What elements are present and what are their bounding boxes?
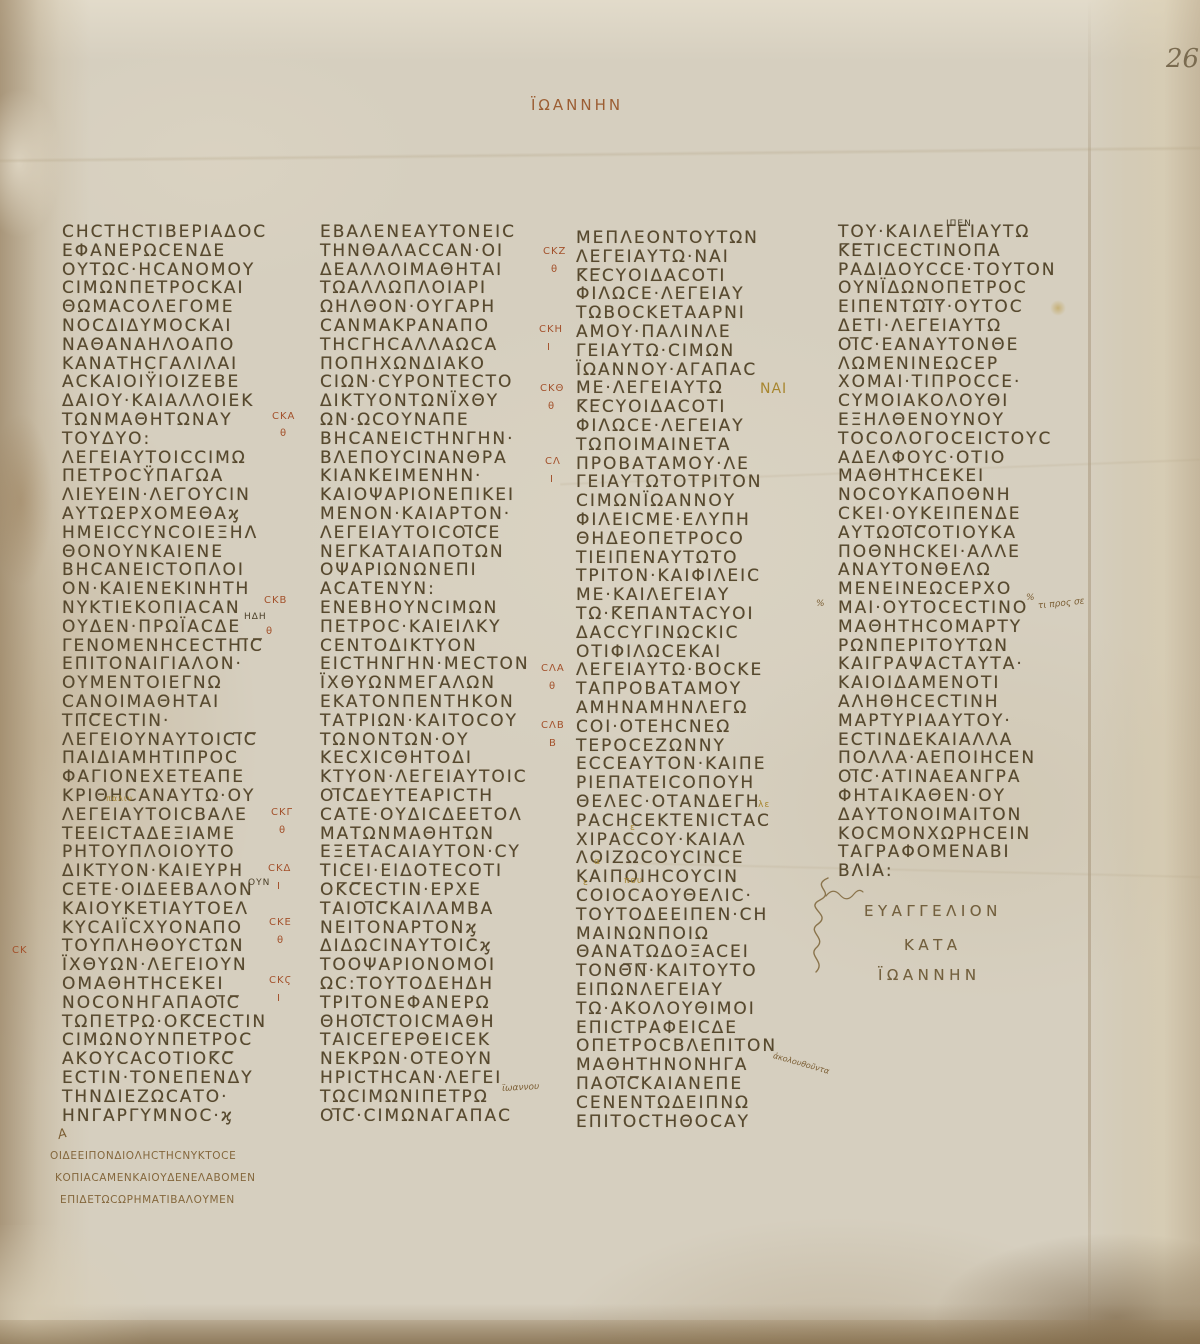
corrector-gloss: ΟΥΝ [248,879,270,888]
text-line: ΤΩΝΜΑΘΗΤΩΝΑΥ [62,411,233,430]
text-line: ΔΕΑΛΛΟΙΜΑΘΗΤΑΙ [320,261,503,280]
text-line: ΩΝ·ΩϹΟΥΝΑΠΕ [320,411,470,430]
manuscript-page: ΪΩΑΝΝΗΝ 26 ϹΗϹΤΗϹΤΙΒΕΡΙΑΔΟϹΕΦΑΝΕΡΩϹΕΝΔΕΟ… [0,0,1200,1344]
text-line: ϹΟΙ·ΟΤΕΗϹΝΕΩ [576,718,731,737]
text-line: ΜΑΤΩΝΜΑΘΗΤΩΝ [320,825,495,844]
text-line: ΔΕΤΙ·ΛΕΓΕΙΑΥΤΩ [838,317,1002,336]
page-edge-line [1088,0,1091,1344]
text-line: ΡΑϹΗϹΕΚΤΕΝΙϹΤΑϹ [576,812,771,831]
text-line: ΘΑΝΑΤΩΔΟΞΑϹΕΙ [576,943,750,962]
insertion-siglum: % [1026,594,1035,603]
text-line: ΤΑΠΡΟΒΑΤΑΜΟΥ [576,680,742,699]
text-line: ΝΟϹΔΙΔΥΜΟϹΚΑΙ [62,317,232,336]
eusebian-section-number: ϹΛ [545,457,561,467]
corrector-gloss: λε [758,801,770,810]
text-line: ΠΑΙΔΙΑΜΗΤΙΠΡΟϹ [62,749,239,768]
text-line: ΜΑΘΗΤΗΝΟΝΗΓΑ [576,1056,748,1075]
text-line: ΕΞΗΛΘΕΝΟΥΝΟΥ [838,411,1005,430]
text-line: ΗΡΙϹΤΗϹΑΝ·ΛΕΓΕΙ [320,1069,502,1088]
text-line: ΦΙΛΕΙϹΜΕ·ΕΛΥΠΗ [576,511,751,530]
text-line: ΤΩ·ΑΚΟΛΟΥΘΙΜΟΙ [576,1000,756,1019]
text-line: ΤΕΕΙϹΤΑΔΕΞΙΑΜΕ [62,825,236,844]
text-line: ΝΑΘΑΝΑΗΛΟΑΠΟ [62,336,235,355]
text-line: ϹΗϹΤΗϹΤΙΒΕΡΙΑΔΟϹ [62,223,267,242]
text-line: ϹΕΝΤΟΔΙΚΤΥΟΝ [320,637,478,656]
text-line: ΟΙ̅Ϲ̅·ϹΙΜΩΝΑΓΑΠΑϹ [320,1107,512,1126]
text-line: ΔΙΚΤΥΟΝ·ΚΑΙΕΥΡΗ [62,862,244,881]
text-line: ΤΟϹΟΛΟΓΟϹΕΙϹΤΟΥϹ [838,430,1052,449]
text-line: ΕϹΤΙΝΔΕΚΑΙΑΛΛΑ [838,731,1013,750]
text-line: ΘΟΝΟΥΝΚΑΙΕΝΕ [62,543,224,562]
text-line: ΔΑΙΟΥ·ΚΑΙΑΛΛΟΙΕΚ [62,392,254,411]
parchment-crease [0,146,1200,164]
text-line: ΩϹ:ΤΟΥΤΟΔΕΗΔΗ [320,975,494,994]
eusebian-section-number: ϹΛΒ [541,721,565,731]
text-line: ΕΚΑΤΟΝΠΕΝΤΗΚΟΝ [320,693,515,712]
text-line: ΘΕΛΕϹ·ΟΤΑΝΔΕΓΗ [576,793,761,812]
text-line: ΧΟΜΑΙ·ΤΙΠΡΟϹϹΕ· [838,373,1021,392]
cursive-footnote-line: ΕΠΙΔΕΤΩϹΩΡΗΜΑΤΙΒΑΛΟΥΜΕΝ [60,1194,235,1206]
text-line: ΚΤΥΟΝ·ΛΕΓΕΙΑΥΤΟΙϹ [320,768,528,787]
text-line: ΜΕΝΟΝ·ΚΑΙΑΡΤΟΝ· [320,505,511,524]
cursive-marginal-note: ϊωαννου [502,1083,540,1094]
text-line: ΚΡΙΘΗϹΑΝΑΥΤΩ·ΟΥ [62,787,255,806]
corrector-gloss: α [594,858,601,867]
text-line: ΗΜΕΙϹϹΥΝϹΟΙΕΞΗΛ [62,524,258,543]
text-line: ΤΗΝΘΑΛΑϹϹΑΝ·ΟΙ [320,242,504,261]
text-line: ΕΙϹΤΗΝΓΗΝ·ΜΕϹΤΟΝ [320,655,530,674]
text-line: ΤΩΠΕΤΡΩ·ΟΚ̅Ϲ̅ΕϹΤΙΝ [62,1013,267,1032]
text-line: ΚΑΙΟΨΑΡΙΟΝΕΠΙΚΕΙ [320,486,515,505]
text-line: ΒΛΙΑ: [838,862,894,881]
parchment-stain [1050,300,1066,316]
text-line: ϹΕΝΕΝΤΩΔΕΙΠΝΩ [576,1094,750,1113]
text-line: ΑΛΗΘΗϹΕϹΤΙΝΗ [838,693,1000,712]
text-line: ΑΜΟΥ·ΠΑΛΙΝΛΕ [576,323,732,342]
text-line: ΡΑΔΙΔΟΥϹϹΕ·ΤΟΥΤΟΝ [838,261,1056,280]
eusebian-section-number: ϹΚΔ [268,864,291,874]
text-line: ΪΧΘΥΩΝΜΕΓΑΛΩΝ [320,674,496,693]
eusebian-section-number: ϹΚΑ [272,412,295,422]
text-line: ΟΨΑΡΙΩΝΩΝΕΠΙ [320,561,478,580]
text-line: ΛΙΕΥΕΙΝ·ΛΕΓΟΥϹΙΝ [62,486,251,505]
text-line: ΟΥΔΕΝ·ΠΡΩΪΑϹΔΕ [62,618,241,637]
text-line: ΟΥΤΩϹ·ΗϹΑΝΟΜΟΥ [62,261,255,280]
cursive-footnote-line: ΟΙΔΕΕΙΠΟΝΔΙΟΛΗϹΤΗϹΝΥΚΤΟϹΕ [50,1150,236,1162]
text-line: ΒΗϹΑΝΕΙϹΤΗΝΓΗΝ· [320,430,515,449]
eusebian-section-number: ϹΛΑ [541,664,565,674]
colophon-line: ΕΥΑΓΓΕΛΙΟΝ [864,902,1002,920]
text-line: ΦΗΤΑΙΚΑΘΕΝ·ΟΥ [838,787,1006,806]
text-line: ΦΙΛΩϹΕ·ΛΕΓΕΙΑΥ [576,285,745,304]
corrector-gloss: ΙΠΕΝ [946,220,972,229]
text-line: ΚΑΙΠΟΙΗϹΟΥϹΙΝ [576,868,739,887]
text-line: ΤΩϹΙΜΩΝΙΠΕΤΡΩ [320,1088,489,1107]
eusebian-canon-number: θ [548,402,555,412]
text-line: ΜΑΘΗΤΗϹΕΚΕΙ [838,467,985,486]
text-line: ΟΥΜΕΝΤΟΙΕΓΝΩ [62,674,223,693]
text-line: ΕΝΕΒΗΟΥΝϹΙΜΩΝ [320,599,498,618]
text-line: ΟΥΝΪΔΩΝΟΠΕΤΡΟϹ [838,279,1028,298]
text-line: ΘΗΔΕΟΠΕΤΡΟϹΟ [576,530,745,549]
text-line: ΤΙΙ̅Ϲ̅ΕϹΤΙΝ· [62,712,170,731]
text-line: ΤΟΟΨΑΡΙΟΝΟΜΟΙ [320,956,496,975]
eusebian-canon-number: θ [280,429,287,439]
text-line: ΛΟΙΖΩϹΟΥϹΙΝϹΕ [576,849,745,868]
text-line: ΑϹΑΤΕΝΥΝ: [320,580,436,599]
text-line: ΑΥΤΩΟΙ̅Ϲ̅ΟΤΙΟΥΚΑ [838,524,1017,543]
text-line: ΜΕ·ΚΑΙΛΕΓΕΙΑΥ [576,586,730,605]
text-line: ΧΙΡΑϹϹΟΥ·ΚΑΙΑΛ [576,831,747,850]
text-line: ΟΠΕΤΡΟϹΒΛΕΠΙΤΟΝ [576,1037,777,1056]
text-line: ΕΙΠΕΝΤΩΙ̅Υ̅·ΟΥΤΟϹ [838,298,1024,317]
text-line: ΛΕΓΕΙΑΥΤΟΙϹΒΑΛΕ [62,806,248,825]
text-line: ΤΕΡΟϹΕΖΩΝΝΥ [576,737,726,756]
text-line: ΚΙΑΝΚΕΙΜΕΝΗΝ· [320,467,482,486]
colophon-line: ΪΩΑΝΝΗΝ [878,966,981,984]
text-line: Κ̅Ε̅ΤΙϹΕϹΤΙΝΟΠΑ [838,242,1002,261]
text-line: ΤΩ·Κ̅Ε̅ΠΑΝΤΑϹΥΟΙ [576,605,754,624]
text-line: ϹΑΤΕ·ΟΥΔΙϹΔΕΕΤΟΛ [320,806,523,825]
text-line: ΟΙ̅Ϲ̅ΔΕΥΤΕΑΡΙϹΤΗ [320,787,494,806]
eusebian-canon-number: θ [551,265,558,275]
text-line: ϹΟΙΟϹΑΟΥΘΕΛΙϹ· [576,887,753,906]
eusebian-section-number: ϹΚϚ [269,976,292,986]
parchment-stain [0,415,52,585]
eusebian-canon-number: Ι [277,994,281,1004]
text-line: ΤΡΙΤΟΝΕΦΑΝΕΡΩ [320,994,491,1013]
text-line: ϹΙΜΩΝΟΥΝΠΕΤΡΟϹ [62,1031,253,1050]
text-line: ΤΩΠΟΙΜΑΙΝΕΤΑ [576,436,731,455]
text-line: ϹΥΜΟΙΑΚΟΛΟΥΘΙ [838,392,1009,411]
text-line: ΤΗϹΓΗϹΑΛΛΑΩϹΑ [320,336,498,355]
insertion-siglum: % [816,600,825,609]
corrector-addition: ΝΑΙ [760,382,787,396]
text-line: ΑΝΑΥΤΟΝΘΕΛΩ [838,561,992,580]
text-line: ΓΕΙΑΥΤΩΤΟΤΡΙΤΟΝ [576,473,763,492]
text-line: ΚΥϹΑΙΪϹΧΥΟΝΑΠΟ [62,919,243,938]
text-line: ϹΑΝΜΑΚΡΑΝΑΠΟ [320,317,490,336]
text-line: ΩΗΛΘΟΝ·ΟΥΓΑΡΗ [320,298,496,317]
text-line: ϹΙΩΝ·ϹΥΡΟΝΤΕϹΤΟ [320,373,513,392]
text-line: ϹΙΜΩΝΠΕΤΡΟϹΚΑΙ [62,279,244,298]
text-line: ΤΙϹΕΙ·ΕΙΔΟΤΕϹΟΤΙ [320,862,503,881]
text-line: ΟΚ̅Ϲ̅ΕϹΤΙΝ·ΕΡΧΕ [320,881,482,900]
text-line: ΤΟΥΠΛΗΘΟΥϹΤΩΝ [62,937,244,956]
text-line: ΜΕΝΕΙΝΕΩϹΕΡΧΟ [838,580,1012,599]
text-line: ΑΜΗΝΑΜΗΝΛΕΓΩ [576,699,748,718]
text-line: ΤΑΤΡΙΩΝ·ΚΑΙΤΟϹΟΥ [320,712,518,731]
eusebian-section-number: ϹΚΓ [271,808,293,818]
corrector-gloss: ΗΔΗ [244,613,267,622]
text-line: ΔΙΔΩϹΙΝΑΥΤΟΙϹϗ [320,937,493,956]
parchment-stain [0,1225,150,1344]
text-line: ΘΗΟΙ̅Ϲ̅ΤΟΙϹΜΑΘΗ [320,1013,496,1032]
text-line: ΕΞΕΤΑϹΑΙΑΥΤΟΝ·ϹΥ [320,843,521,862]
eusebian-section-number: ϹΚ [12,946,28,956]
text-line: ΒΛΕΠΟΥϹΙΝΑΝΘΡΑ [320,449,508,468]
cursive-footnote-line: ΚΟΠΙΑϹΑΜΕΝΚΑΙΟΥΔΕΝΕΛΑΒΟΜΕΝ [55,1172,256,1184]
text-line: ΕΠΙϹΤΡΑΦΕΙϹΔΕ [576,1019,738,1038]
text-line: ΤΑΙϹΕΓΕΡΘΕΙϹΕΚ [320,1031,491,1050]
text-line: ΠΑΟΙ̅Ϲ̅ΚΑΙΑΝΕΠΕ [576,1075,743,1094]
coronis-ornament [802,876,862,976]
text-line: ΛΕΓΕΙΑΥΤΩ·ΒΟϹΚΕ [576,661,763,680]
text-line: ΕΠΙΤΟϹΤΗΘΟϹΑΥ [576,1113,750,1132]
text-line: ΚΑΙΟΙΔΑΜΕΝΟΤΙ [838,674,1000,693]
text-line: ΛΕΓΕΙΑΥΤΩ·ΝΑΙ [576,248,730,267]
text-line: ΚΑΝΑΤΗϹΓΑΛΙΛΑΙ [62,355,238,374]
text-line: ΜΕΠΛΕΟΝΤΟΥΤΩΝ [576,229,759,248]
eusebian-canon-number: Β [549,739,557,749]
text-line: ΝΕΚΡΩΝ·ΟΤΕΟΥΝ [320,1050,493,1069]
text-line: ΤΙΕΙΠΕΝΑΥΤΩΤΟ [576,549,739,568]
text-line: ΑΥΤΩΕΡΧΟΜΕΘΑϗ [62,505,241,524]
text-line: ΔΙΚΤΥΟΝΤΩΝΪΧΘΥ [320,392,499,411]
text-line: ΝΕΓΚΑΤΑΙΑΠΟΤΩΝ [320,543,505,562]
text-line: ΤΑΙΟΙ̅Ϲ̅ΚΑΙΛΑΜΒΑ [320,900,494,919]
text-line: ΤΗΝΔΙΕΖΩϹΑΤΟ· [62,1088,229,1107]
text-line: ΝΥΚΤΙΕΚΟΠΙΑϹΑΝ [62,599,241,618]
folio-number: 26 [1166,44,1199,74]
text-line: ΜΕ·ΛΕΓΕΙΑΥΤΩ [576,379,724,398]
text-line: ΚΑΙΓΡΑΨΑϹΤΑΥΤΑ· [838,655,1024,674]
text-line: Κ̅Ε̅ϹΥΟΙΔΑϹΟΤΙ [576,267,726,286]
text-line: ΤΟΝΘ̅Ν̅·ΚΑΙΤΟΥΤΟ [576,962,758,981]
corrector-gloss: παλιν [106,795,133,803]
text-line: ΤΟΥΤΟΔΕΕΙΠΕΝ·ϹΗ [576,906,768,925]
text-line: ΑϹΚΑΙΟΙΫΙΟΙΖΕΒΕ [62,373,240,392]
text-line: ΪΩΑΝΝΟΥ·ΑΓΑΠΑϹ [576,361,757,380]
text-line: ΗΝΓΑΡΓΥΜΝΟϹ·ϗ [62,1107,234,1126]
text-line: ΚΑΙΟΥΚΕΤΙΑΥΤΟΕΛ [62,900,249,919]
text-line: ϹΑΝΟΙΜΑΘΗΤΑΙ [62,693,220,712]
text-line: ΤΩΑΛΛΩΠΛΟΙΑΡΙ [320,279,487,298]
text-line: ΤΩΒΟϹΚΕΤΑΑΡΝΙ [576,304,746,323]
text-line: ΜΑΙ·ΟΥΤΟϹΕϹΤΙΝΟ [838,599,1028,618]
text-line: ΦΑΓΙΟΝΕΧΕΤΕΑΠΕ [62,768,245,787]
text-line: ΝΟϹΟΥΚΑΠΟΘΝΗ [838,486,1012,505]
text-line: ΕϹϹΕΑΥΤΟΝ·ΚΑΙΠΕ [576,755,766,774]
text-line: ΟΙ̅Ϲ̅·ΕΑΝΑΥΤΟΝΘΕ [838,336,1019,355]
text-line: ΕΒΑΛΕΝΕΑΥΤΟΝΕΙϹ [320,223,516,242]
eusebian-canon-number: θ [277,936,284,946]
text-line: ΠΕΤΡΟϹ·ΚΑΙΕΙΛΚΥ [320,618,502,637]
text-line: ΟΝ·ΚΑΙΕΝΕΚΙΝΗΤΗ [62,580,250,599]
text-line: ΟΙ̅Ϲ̅·ΑΤΙΝΑΕΑΝΓΡΑ [838,768,1021,787]
text-line: ΔΑΥΤΟΝΟΙΜΑΙΤΟΝ [838,806,1022,825]
text-line: ϹΕΤΕ·ΟΙΔΕΕΒΑΛΟΝ [62,881,254,900]
eusebian-section-number: ϹΚΒ [264,596,287,606]
text-line: ΕΙΠΩΝΛΕΓΕΙΑΥ [576,981,724,1000]
text-line: ΠΕΤΡΟϹΫΠΑΓΩΑ [62,467,224,486]
text-line: ΝΟϹΟΝΗΓΑΠΑΟΙ̅Ϲ̅ [62,994,241,1013]
eusebian-section-number: ϹΚΗ [539,325,563,335]
text-line: ΟΤΙΦΙΛΩϹΕΚΑΙ [576,643,722,662]
cursive-marginal-note: τι προς σε [1038,598,1085,612]
text-line: ΤΡΙΤΟΝ·ΚΑΙΦΙΛΕΙϹ [576,567,761,586]
text-line: ΪΧΘΥΩΝ·ΛΕΓΕΙΟΥΝ [62,956,248,975]
corrector-gloss: που [624,877,643,886]
text-line: ΚΟϹΜΟΝΧΩΡΗϹΕΙΝ [838,825,1031,844]
text-line: ΤΟΥΔΥΟ: [62,430,151,449]
colophon-line: ΚΑΤΑ [904,936,962,954]
text-line: ΟΜΑΘΗΤΗϹΕΚΕΙ [62,975,225,994]
text-line: ΛΕΓΕΙΑΥΤΟΙϹΟΙ̅Ϲ̅Ε [320,524,501,543]
running-title: ΪΩΑΝΝΗΝ [531,96,623,114]
eusebian-canon-number: Ι [277,882,281,892]
text-line: ΒΗϹΑΝΕΙϹΤΟΠΛΟΙ [62,561,245,580]
text-line: ΜΑΘΗΤΗϹΟΜΑΡΤΥ [838,618,1022,637]
text-line: ΔΑϹϹΥΓΙΝΩϹΚΙϹ [576,624,739,643]
text-line: Κ̅Ε̅ϹΥΟΙΔΑϹΟΤΙ [576,398,726,417]
text-line: ΓΕΙΑΥΤΩ·ϹΙΜΩΝ [576,342,735,361]
text-line: ΕϹΤΙΝ·ΤΟΝΕΠΕΝΔΥ [62,1069,254,1088]
text-line: ΕΠΙΤΟΝΑΙΓΙΑΛΟΝ· [62,655,243,674]
bottom-table-strip [0,1320,1200,1344]
text-line: ΠΟΘΝΗϹΚΕΙ·ΑΛΛΕ [838,543,1021,562]
eusebian-section-number: ϹΚΖ [543,247,566,257]
cursive-flourish: Α [56,1127,68,1142]
text-line: ΡΩΝΠΕΡΙΤΟΥΤΩΝ [838,637,1009,656]
eusebian-canon-number: θ [266,627,273,637]
text-line: ΠΟΛΛΑ·ΑΕΠΟΙΗϹΕΝ [838,749,1036,768]
text-line: ΤΟΥ·ΚΑΙΛΕΓΕΙΑΥΤΩ [838,223,1030,242]
text-line: ΝΕΙΤΟΝΑΡΤΟΝϗ [320,919,479,938]
text-line: ΠΟΠΗΧΩΝΔΙΑΚΟ [320,355,486,374]
text-line: ΓΕΝΟΜΕΝΗϹΕϹΤΗΙ̅Ϲ̅ [62,637,264,656]
eusebian-section-number: ϹΚΕ [269,918,292,928]
text-line: ΜΑΙΝΩΝΠΟΙΩ [576,925,710,944]
text-line: ΛΕΓΕΙΟΥΝΑΥΤΟΙϹΙ̅Ϲ̅ [62,731,258,750]
corrector-gloss: ε [630,824,636,833]
text-line: ΦΙΛΩϹΕ·ΛΕΓΕΙΑΥ [576,417,745,436]
text-line: ΡΙΕΠΑΤΕΙϹΟΠΟΥΗ [576,774,755,793]
eusebian-section-number: ϹΚΘ [540,384,564,394]
parchment-stain [0,88,62,238]
text-line: ΑΔΕΛΦΟΥϹ·ΟΤΙΟ [838,449,1006,468]
corrector-gloss: ε [583,879,589,888]
text-line: ΡΗΤΟΥΠΛΟΙΟΥΤΟ [62,843,236,862]
text-line: ΛΩΜΕΝΙΝΕΩϹΕΡ [838,355,999,374]
text-line: ϹΚΕΙ·ΟΥΚΕΙΠΕΝΔΕ [838,505,1021,524]
text-line: ΜΑΡΤΥΡΙΑΑΥΤΟΥ· [838,712,1012,731]
text-line: ΤΑΓΡΑΦΟΜΕΝΑΒΙ [838,843,1011,862]
text-line: ΛΕΓΕΙΑΥΤΟΙϹϹΙΜΩ [62,449,247,468]
eusebian-canon-number: θ [279,826,286,836]
eusebian-canon-number: Ι [550,475,554,485]
eusebian-canon-number: θ [549,682,556,692]
text-line: ΑΚΟΥϹΑϹΟΤΙΟΚ̅Ϲ̅ [62,1050,235,1069]
text-line: ΤΩΝΟΝΤΩΝ·ΟΥ [320,731,469,750]
text-line: ΚΕϹΧΙϹΘΗΤΟΔΙ [320,749,473,768]
text-line: ϹΙΜΩΝΪΩΑΝΝΟΥ [576,492,736,511]
text-line: ΕΦΑΝΕΡΩϹΕΝΔΕ [62,242,226,261]
text-line: ΠΡΟΒΑΤΑΜΟΥ·ΛΕ [576,455,750,474]
eusebian-canon-number: Ι [547,343,551,353]
cursive-marginal-note: ἀκολουθοῦντα [772,1052,830,1076]
text-line: ΘΩΜΑϹΟΛΕΓΟΜΕ [62,298,235,317]
